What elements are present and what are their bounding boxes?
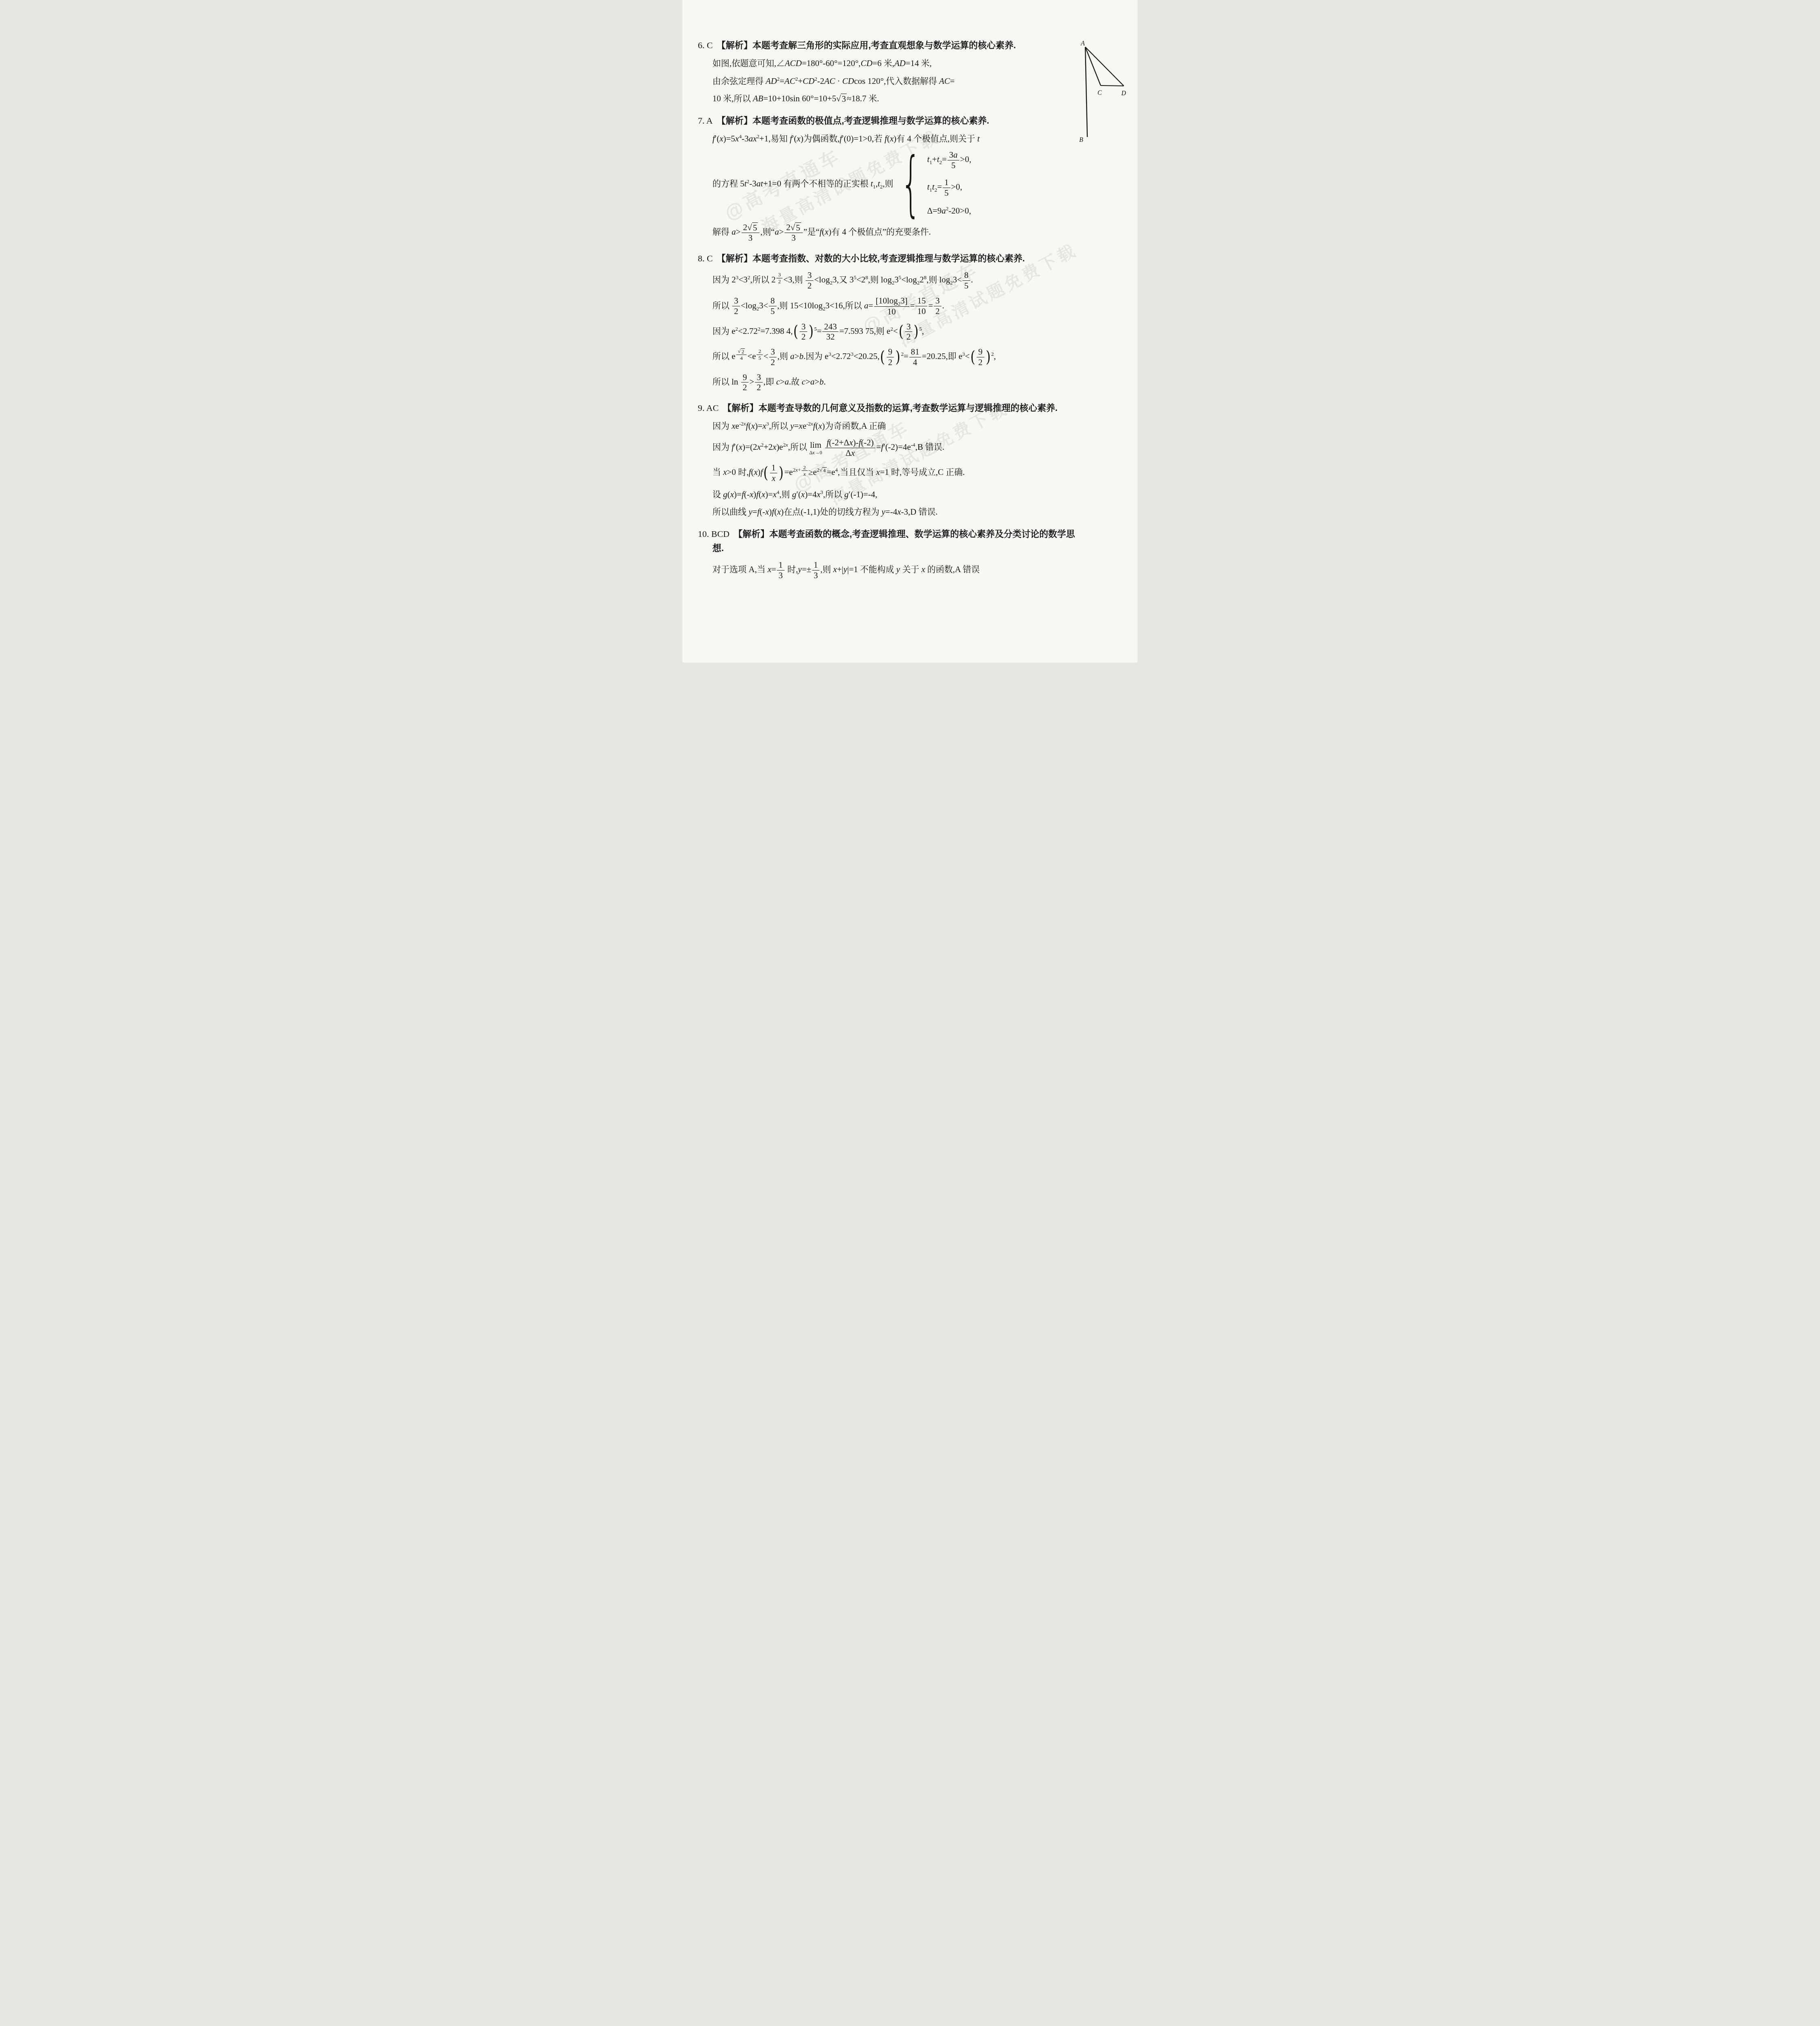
solution-head: 9. AC【解析】本题考查导数的几何意义及指数的运算,考查数学运算与逻辑推理的核… bbox=[698, 401, 1127, 415]
solution-line: 所以 ln 92>32,即 c>a.故 c>a>b. bbox=[712, 372, 1127, 393]
brace-symbol: { bbox=[901, 155, 921, 213]
equation: Δ=9a2-20>0, bbox=[927, 205, 971, 218]
solution-line: 因为 e2<2.722=7.398 4,(32)5=24332=7.593 75… bbox=[712, 322, 1127, 342]
answer-label: 9. AC bbox=[698, 403, 723, 413]
answer-label: 8. C bbox=[698, 253, 717, 263]
solution-line: 所以 e√24<e25<32,则 a>b.因为 e3<2.723<20.25,(… bbox=[712, 347, 1127, 368]
solution-line: 解得 a>2√53,则“a>2√53”是“f(x)有 4 个极值点”的充要条件. bbox=[712, 222, 1127, 243]
analysis-tag: 【解析】 bbox=[717, 40, 753, 50]
answer-label: 7. A bbox=[698, 115, 717, 126]
solution-8: 8. C【解析】本题考查指数、对数的大小比较,考查逻辑推理与数学运算的核心素养.… bbox=[698, 251, 1127, 393]
solution-line: 如图,依题意可知,∠ACD=180°-60°=120°,CD=6 米,AD=14… bbox=[712, 57, 1056, 70]
solution-line: 因为 f′(x)=(2x2+2x)e2x,所以 limΔx→0 f(-2+Δx)… bbox=[712, 438, 1127, 458]
analysis-tag: 【解析】 bbox=[717, 115, 753, 126]
answer-label: 10. BCD bbox=[698, 529, 734, 539]
analysis-tag: 【解析】 bbox=[717, 253, 753, 263]
solution-line: 因为 23<32,所以 232<3,则 32<log23,又 35<28,则 l… bbox=[712, 270, 1127, 291]
equation: t1t2=15>0, bbox=[927, 177, 971, 198]
solution-6: 6. C【解析】本题考查解三角形的实际应用,考查直观想象与数学运算的核心素养.如… bbox=[698, 38, 1056, 105]
analysis-intro: 本题考查函数的极值点,考查逻辑推理与数学运算的核心素养. bbox=[753, 115, 989, 126]
solution-line: 所以 32<log23<85,则 15<10log23<16,所以 a=[10l… bbox=[712, 296, 1127, 317]
system-prefix: 的方程 5t2-3at+1=0 有两个不相等的正实根 t1,t2,则 bbox=[712, 177, 893, 190]
analysis-intro: 本题考查导数的几何意义及指数的运算,考查数学运算与逻辑推理的核心素养. bbox=[758, 403, 1057, 413]
analysis-intro: 本题考查指数、对数的大小比较,考查逻辑推理与数学运算的核心素养. bbox=[753, 253, 1025, 263]
system-equations: t1+t2=3a5>0,t1t2=15>0,Δ=9a2-20>0, bbox=[927, 150, 971, 218]
solution-head: 10. BCD【解析】本题考查函数的概念,考查逻辑推理、数学运算的核心素养及分类… bbox=[698, 527, 1082, 555]
solution-line: 因为 xe-2xf(x)=x3,所以 y=xe-2xf(x)为奇函数,A 正确 bbox=[712, 420, 1127, 433]
solution-line: 所以曲线 y=f(-x)f(x)在点(-1,1)处的切线方程为 y=-4x-3,… bbox=[712, 506, 1127, 519]
solution-line: 由余弦定理得 AD2=AC2+CD2-2AC · CDcos 120°,代入数据… bbox=[712, 75, 1056, 88]
solution-line: 当 x>0 时,f(x)f(1x)=e2x+2x≥e2√4=e4,当且仅当 x=… bbox=[712, 463, 1127, 483]
solution-10: 10. BCD【解析】本题考查函数的概念,考查逻辑推理、数学运算的核心素养及分类… bbox=[698, 527, 1082, 581]
document-page: @高考直通车 海量高清试题免费下载 @高考直通车 海量高清试题免费下载 @高考直… bbox=[682, 0, 1138, 663]
solution-line: 10 米,所以 AB=10+10sin 60°=10+5√3≈18.7 米. bbox=[712, 92, 1056, 105]
equation: t1+t2=3a5>0, bbox=[927, 150, 971, 171]
solution-head: 7. A【解析】本题考查函数的极值点,考查逻辑推理与数学运算的核心素养. bbox=[698, 113, 1127, 128]
solution-line: 设 g(x)=f(-x)f(x)=x4,则 g′(x)=4x3,所以 g′(-1… bbox=[712, 488, 1127, 501]
answer-label: 6. C bbox=[698, 40, 717, 50]
solution-head: 8. C【解析】本题考查指数、对数的大小比较,考查逻辑推理与数学运算的核心素养. bbox=[698, 251, 1127, 265]
solution-9: 9. AC【解析】本题考查导数的几何意义及指数的运算,考查数学运算与逻辑推理的核… bbox=[698, 401, 1127, 519]
equation-system: 的方程 5t2-3at+1=0 有两个不相等的正实根 t1,t2,则{t1+t2… bbox=[712, 150, 1127, 218]
analysis-tag: 【解析】 bbox=[734, 529, 769, 539]
solution-7: 7. A【解析】本题考查函数的极值点,考查逻辑推理与数学运算的核心素养.f′(x… bbox=[698, 113, 1127, 243]
solution-line: 对于选项 A,当 x=13 时,y=±13,则 x+|y|=1 不能构成 y 关… bbox=[712, 560, 1082, 581]
solution-head: 6. C【解析】本题考查解三角形的实际应用,考查直观想象与数学运算的核心素养. bbox=[698, 38, 1056, 52]
solutions-list: 6. C【解析】本题考查解三角形的实际应用,考查直观想象与数学运算的核心素养.如… bbox=[698, 38, 1127, 589]
analysis-intro: 本题考查解三角形的实际应用,考查直观想象与数学运算的核心素养. bbox=[753, 40, 1016, 50]
analysis-tag: 【解析】 bbox=[723, 403, 758, 413]
